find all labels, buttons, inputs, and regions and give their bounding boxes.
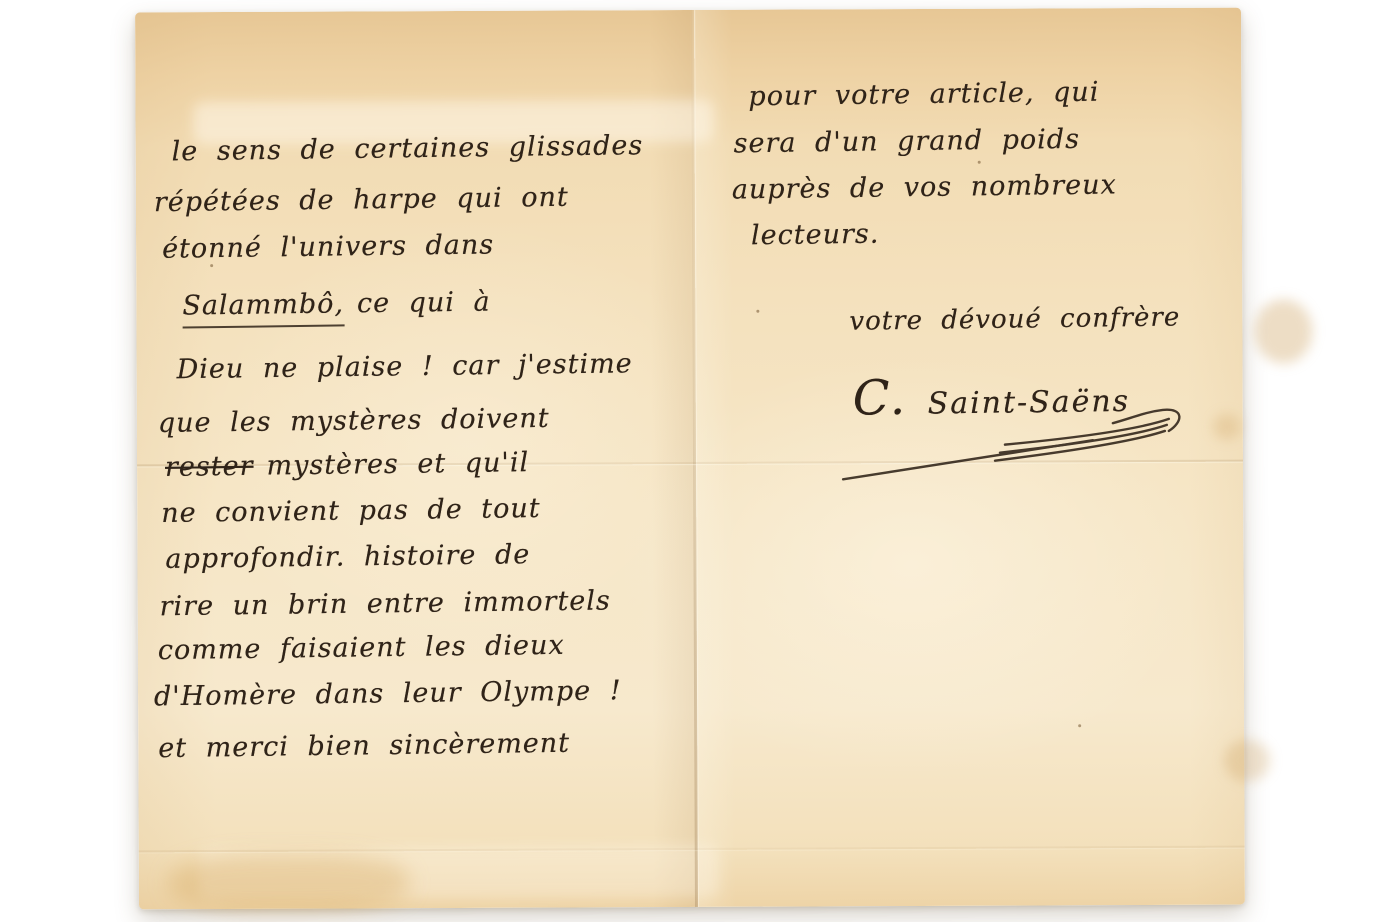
handwritten-line-rest: mystères et qu'il xyxy=(266,447,529,481)
handwritten-line: le sens de certaines glissades xyxy=(171,130,643,167)
handwritten-line: rire un brin entre immortels xyxy=(159,585,611,622)
letter-sheet: le sens de certaines glissades répétées … xyxy=(135,8,1245,910)
foxing-spot xyxy=(1213,414,1241,440)
handwritten-line: restermystères et qu'il xyxy=(165,447,530,483)
handwritten-line: approfondir. histoire de xyxy=(165,539,530,575)
page-left: le sens de certaines glissades répétées … xyxy=(135,8,1241,13)
handwritten-line-rest: ce qui à xyxy=(357,287,491,320)
signature-flourish xyxy=(837,400,1187,488)
struck-word: rester xyxy=(165,451,254,483)
salammbo-underlined-word: Salammbô, xyxy=(182,288,344,328)
vertical-fold-crease xyxy=(691,10,698,907)
paper-speck xyxy=(756,310,759,313)
handwritten-line: et merci bien sincèrement xyxy=(158,728,570,764)
handwritten-line: pour votre article, qui xyxy=(748,77,1099,113)
paper-speck xyxy=(210,264,213,267)
paper-speck xyxy=(978,161,981,164)
foxing-spot xyxy=(1254,299,1312,363)
handwritten-line: d'Homère dans leur Olympe ! xyxy=(154,675,622,712)
foxing-spot xyxy=(1224,739,1270,781)
handwritten-line: étonné l'univers dans xyxy=(162,229,494,264)
page-right: pour votre article, qui sera d'un grand … xyxy=(135,8,1241,13)
paper-speck xyxy=(1078,724,1081,727)
handwritten-line: ne convient pas de tout xyxy=(161,493,541,529)
handwritten-line: que les mystères doivent xyxy=(158,403,550,439)
photo-background: le sens de certaines glissades répétées … xyxy=(0,0,1382,922)
handwritten-line: sera d'un grand poids xyxy=(733,124,1080,160)
closing-line: votre dévoué confrère xyxy=(849,302,1180,336)
handwritten-line: auprès de vos nombreux xyxy=(732,169,1117,205)
handwritten-line: répétées de harpe qui ont xyxy=(154,182,569,218)
handwritten-line: comme faisaient les dieux xyxy=(158,630,565,666)
corner-stain xyxy=(169,853,409,912)
handwritten-line: Salammbô,ce qui à xyxy=(182,287,491,322)
handwritten-line: lecteurs. xyxy=(751,219,880,252)
handwritten-line: Dieu ne plaise ! car j'estime xyxy=(176,348,632,385)
